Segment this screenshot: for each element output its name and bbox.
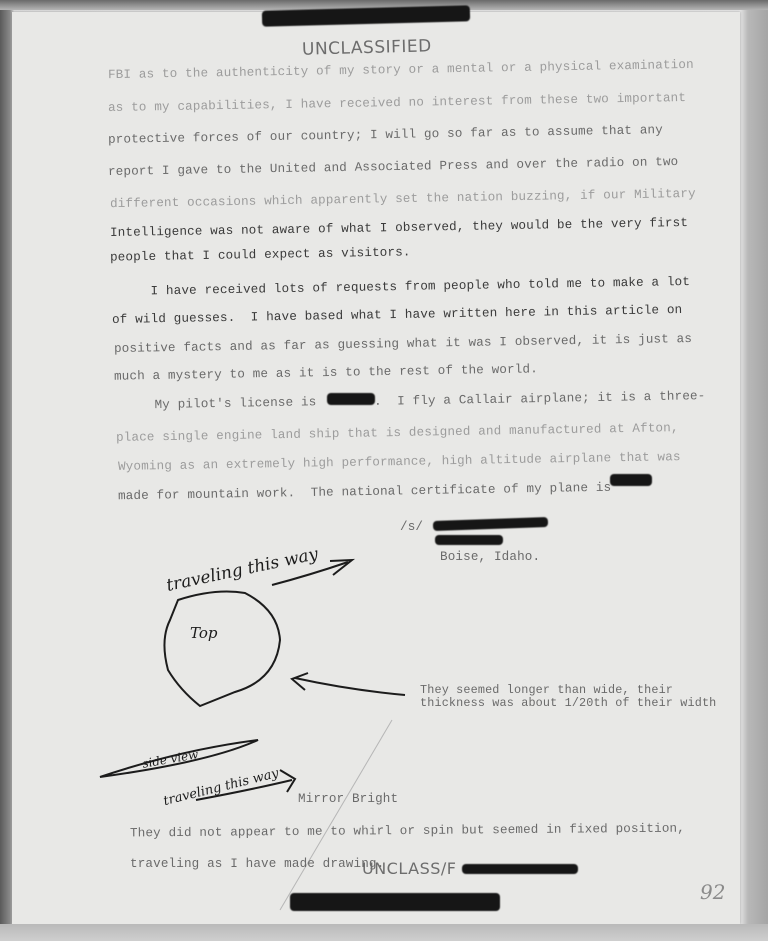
redaction-stamp-bottom [462,864,578,874]
closing-line: traveling as I have made drawing. [130,857,384,871]
caption-line: thickness was about 1/20th of their widt… [420,696,716,710]
classification-stamp-bottom: UNCLASS∕F [362,859,456,878]
page-number: 92 [700,880,725,904]
redaction-footer [290,893,500,911]
finish-note: Mirror Bright [298,792,398,806]
caption-line: They seemed longer than wide, their [420,683,673,697]
top-view-label: Top [190,624,217,642]
scan-bottom-edge [0,924,768,941]
